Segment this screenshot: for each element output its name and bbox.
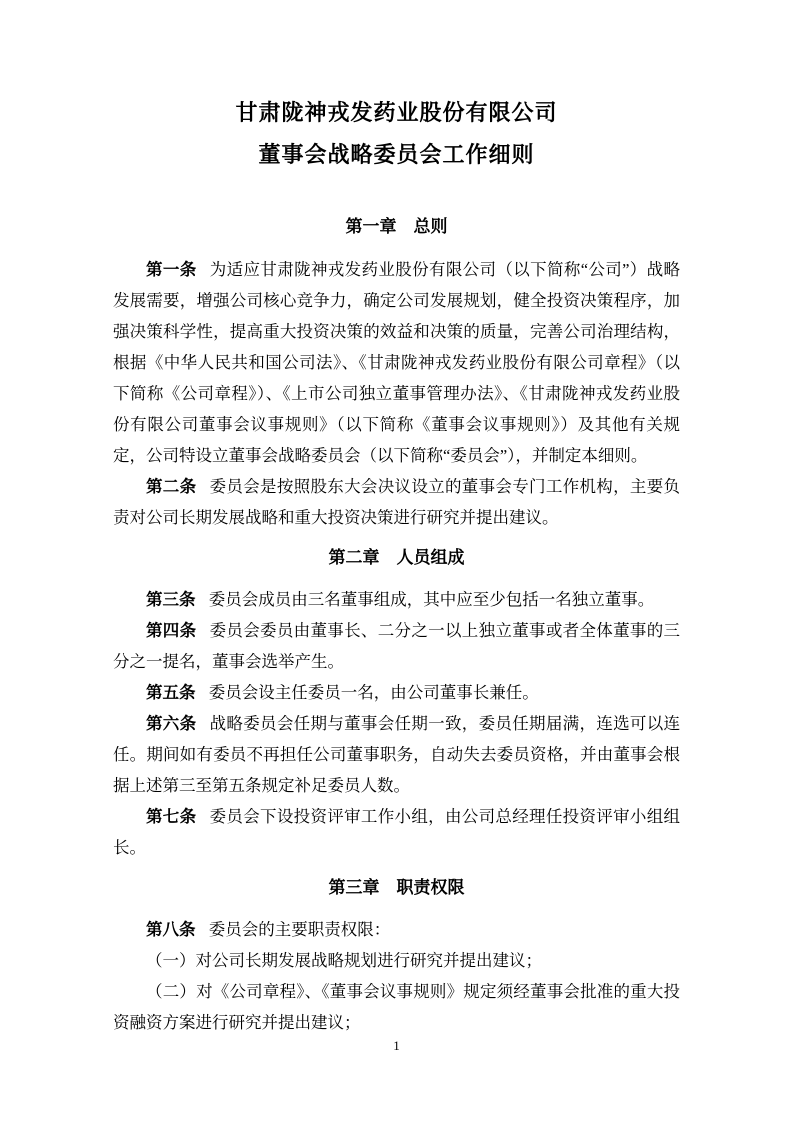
article-5-text: 委员会设主任委员一名，由公司董事长兼任。 [209,683,539,702]
document-page: 甘肃陇神戎发药业股份有限公司 董事会战略委员会工作细则 第一章 总则 第一条为适… [0,0,793,1122]
article-3-text: 委员会成员由三名董事组成，其中应至少包括一名独立董事。 [209,590,655,609]
article-8-text: 委员会的主要职责权限： [209,920,391,939]
article-8-label: 第八条 [146,920,196,939]
article-7-text: 委员会下设投资评审工作小组，由公司总经理任投资评审小组组长。 [113,807,680,857]
article-7: 第七条委员会下设投资评审工作小组，由公司总经理任投资评审小组组长。 [113,801,680,863]
chapter-heading-1: 第一章 总则 [113,212,680,242]
article-4: 第四条委员会委员由董事长、二分之一以上独立董事或者全体董事的三分之一提名，董事会… [113,615,680,677]
chapter-heading-2: 第二章 人员组成 [113,543,680,573]
article-2-text: 委员会是按照股东大会决议设立的董事会专门工作机构，主要负责对公司长期发展战略和重… [113,477,680,527]
article-1-label: 第一条 [146,260,197,279]
article-8-item-2-text: （二）对《公司章程》、《董事会议事规则》规定须经董事会批准的重大投资融资方案进行… [113,982,680,1032]
article-8-item-1: （一）对公司长期发展战略规划进行研究并提出建议； [113,945,680,976]
article-6-label: 第六条 [146,714,196,733]
document-title-line1: 甘肃陇神戎发药业股份有限公司 [113,92,680,134]
page-number: 1 [0,1036,793,1056]
article-6-text: 战略委员会任期与董事会任期一致，委员任期届满，连选可以连任。期间如有委员不再担任… [113,714,680,795]
article-8-item-1-text: （一）对公司长期发展战略规划进行研究并提出建议； [146,951,542,970]
article-4-label: 第四条 [146,621,196,640]
document-title-line2: 董事会战略委员会工作细则 [113,134,680,176]
article-1: 第一条为适应甘肃陇神戎发药业股份有限公司（以下简称“公司”）战略发展需要，增强公… [113,254,680,471]
article-3: 第三条委员会成员由三名董事组成，其中应至少包括一名独立董事。 [113,584,680,615]
article-8: 第八条委员会的主要职责权限： [113,914,680,945]
article-2: 第二条委员会是按照股东大会决议设立的董事会专门工作机构，主要负责对公司长期发展战… [113,471,680,533]
article-6: 第六条战略委员会任期与董事会任期一致，委员任期届满，连选可以连任。期间如有委员不… [113,708,680,801]
article-5: 第五条委员会设主任委员一名，由公司董事长兼任。 [113,677,680,708]
article-4-text: 委员会委员由董事长、二分之一以上独立董事或者全体董事的三分之一提名，董事会选举产… [113,621,680,671]
article-5-label: 第五条 [146,683,196,702]
article-1-text: 为适应甘肃陇神戎发药业股份有限公司（以下简称“公司”）战略发展需要，增强公司核心… [113,260,680,465]
article-7-label: 第七条 [146,807,196,826]
chapter-heading-3: 第三章 职责权限 [113,873,680,903]
article-3-label: 第三条 [146,590,196,609]
article-8-item-2: （二）对《公司章程》、《董事会议事规则》规定须经董事会批准的重大投资融资方案进行… [113,976,680,1038]
article-2-label: 第二条 [146,477,196,496]
